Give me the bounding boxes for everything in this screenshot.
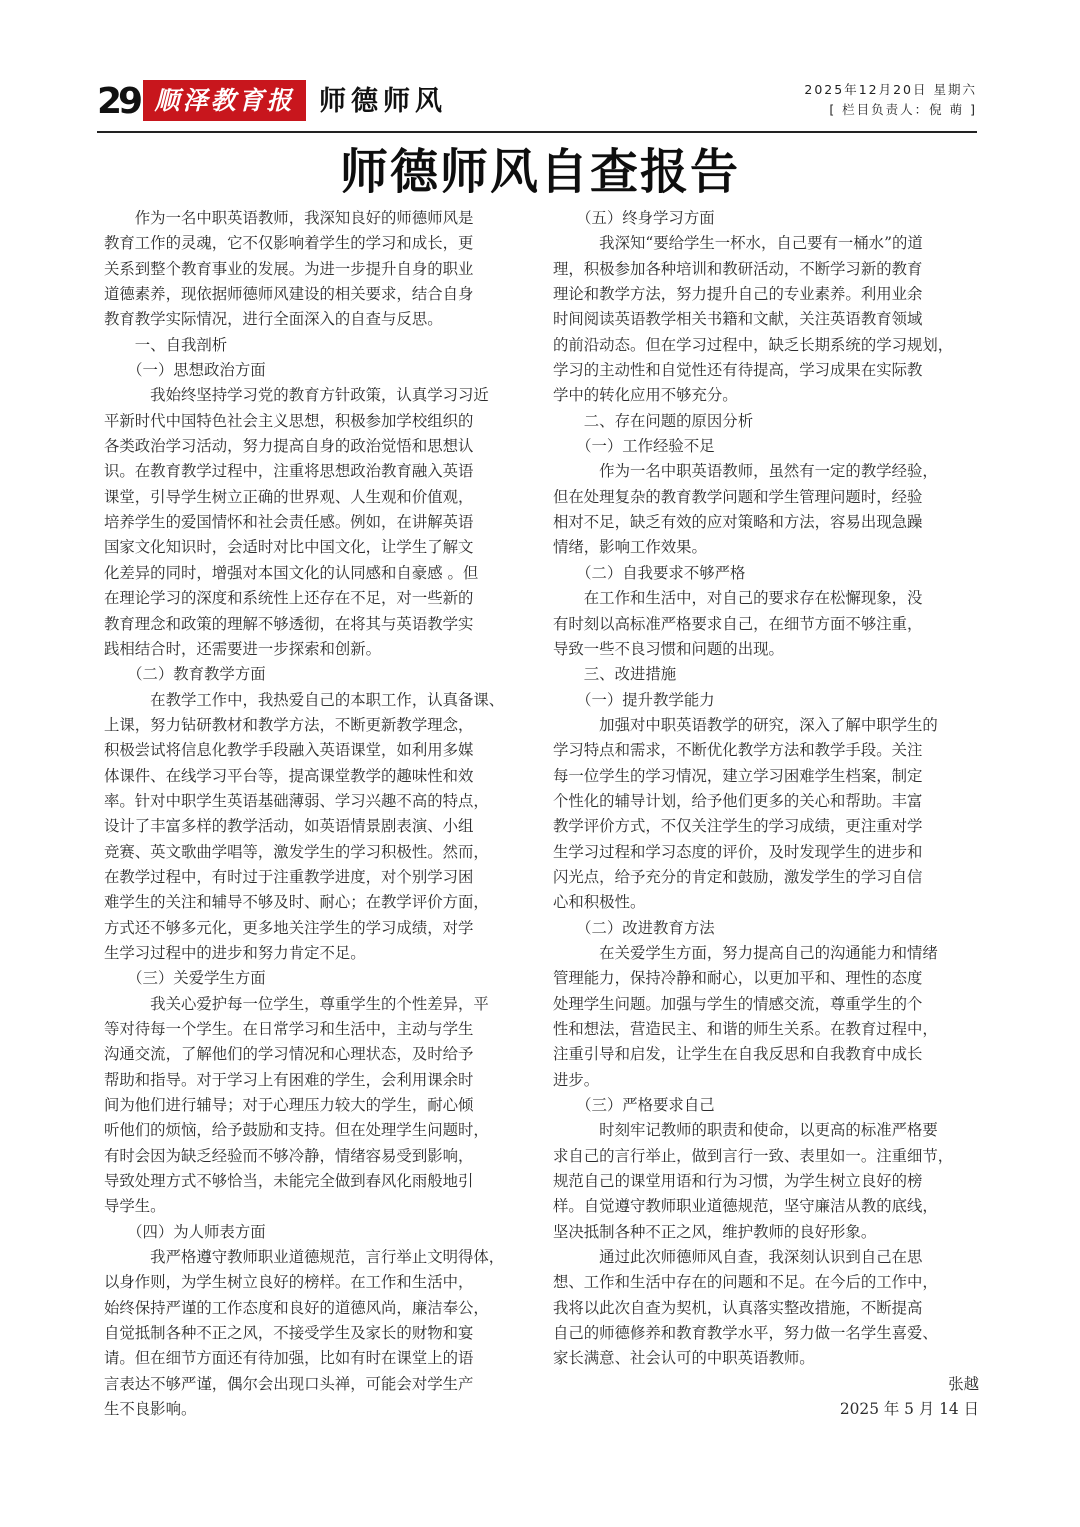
article-line: 各类政治学习活动，努力提高自身的政治觉悟和思想认 [104,434,544,459]
article-line: 道德素养，现依据师德师风建设的相关要求，结合自身 [104,282,544,307]
article-line: 学中的转化应用不够充分。 [553,383,993,408]
article-line: 导学生。 [104,1194,544,1219]
article-line: 我关心爱护每一位学生，尊重学生的个性差异，平 [104,992,544,1017]
article-line: （四）为人师表方面 [104,1220,544,1245]
article-line: （五）终身学习方面 [553,206,993,231]
article-line: 每一位学生的学习情况，建立学习困难学生档案，制定 [553,764,993,789]
page-number: 29 [97,82,139,122]
article-line: 作为一名中职英语教师，虽然有一定的教学经验， [553,459,993,484]
article-line: 听他们的烦恼，给予鼓励和支持。但在处理学生问题时， [104,1118,544,1143]
article-line: 家长满意、社会认可的中职英语教师。 [553,1346,993,1371]
article-line: 教育理念和政策的理解不够透彻，在将其与英语教学实 [104,612,544,637]
article-line: 注重引导和启发，让学生在自我反思和自我教育中成长 [553,1042,993,1067]
article-line: 样。自觉遵守教师职业道德规范，坚守廉洁从教的底线， [553,1194,993,1219]
article-line: （一）工作经验不足 [553,434,993,459]
article-line: 管理能力，保持冷静和耐心，以更加平和、理性的态度 [553,966,993,991]
article-line: （二）自我要求不够严格 [553,561,993,586]
article-line: 性和想法，营造民主、和谐的师生关系。在教育过程中， [553,1017,993,1042]
article-line: 以身作则，为学生树立良好的榜样。在工作和生活中， [104,1270,544,1295]
article-line: 求自己的言行举止，做到言行一致、表里如一。注重细节， [553,1144,993,1169]
article-line: （一）提升教学能力 [553,688,993,713]
article-line: 进步。 [553,1068,993,1093]
article-column-right: （五）终身学习方面 我深知“要给学生一杯水，自己要有一桶水”的道理，积极参加各种… [553,206,993,1423]
column-editor: [ 栏目负责人：倪 萌 ] [804,100,977,120]
article-line: 间为他们进行辅导；对于心理压力较大的学生，耐心倾 [104,1093,544,1118]
article-line: 时间阅读英语教学相关书籍和文献，关注英语教育领域 [553,307,993,332]
article-line: 导致一些不良习惯和问题的出现。 [553,637,993,662]
article-line: 理论和教学方法，努力提升自己的专业素养。利用业余 [553,282,993,307]
article-line: 在理论学习的深度和系统性上还存在不足，对一些新的 [104,586,544,611]
article-line: 生不良影响。 [104,1397,544,1422]
article-line: 作为一名中职英语教师，我深知良好的师德师风是 [104,206,544,231]
article-line: 自己的师德修养和教育教学水平，努力做一名学生喜爱、 [553,1321,993,1346]
article-line: 教育教学实际情况，进行全面深入的自查与反思。 [104,307,544,332]
article-line: 加强对中职英语教学的研究，深入了解中职学生的 [553,713,993,738]
masthead-bar: 29 顺泽教育报 师德师风 2025年12月20日 星期六 [ 栏目负责人：倪 … [97,80,977,130]
article-line: 竞赛、英文歌曲学唱等，激发学生的学习积极性。然而， [104,840,544,865]
article-line: 关系到整个教育事业的发展。为进一步提升自身的职业 [104,257,544,282]
article-line: 生学习过程和学习态度的评价，及时发现学生的进步和 [553,840,993,865]
article-line: 帮助和指导。对于学习上有困难的学生，会利用课余时 [104,1068,544,1093]
article-line: 在教学工作中，我热爱自己的本职工作，认真备课、 [104,688,544,713]
header-divider [97,131,977,133]
article-line: 教育工作的灵魂，它不仅影响着学生的学习和成长，更 [104,231,544,256]
article-line: 请。但在细节方面还有待加强，比如有时在课堂上的语 [104,1346,544,1371]
article-line: 我始终坚持学习党的教育方针政策，认真学习习近 [104,383,544,408]
article-line: 始终保持严谨的工作态度和良好的道德风尚，廉洁奉公， [104,1296,544,1321]
article-line: 相对不足，缺乏有效的应对策略和方法，容易出现急躁 [553,510,993,535]
article-column-left: 作为一名中职英语教师，我深知良好的师德师风是教育工作的灵魂，它不仅影响着学生的学… [104,206,544,1423]
article-line: 导致处理方式不够恰当，未能完全做到春风化雨般地引 [104,1169,544,1194]
article-line: 设计了丰富多样的教学活动，如英语情景剧表演、小组 [104,814,544,839]
issue-date: 2025年12月20日 星期六 [804,80,977,100]
article-line: 难学生的关注和辅导不够及时、耐心；在教学评价方面， [104,890,544,915]
article-line: 生学习过程中的进步和努力肯定不足。 [104,941,544,966]
article-line: 方式还不够多元化，更多地关注学生的学习成绩，对学 [104,916,544,941]
article-line: 的前沿动态。但在学习过程中，缺乏长期系统的学习规划， [553,333,993,358]
article-line: 个性化的辅导计划，给予他们更多的关心和帮助。丰富 [553,789,993,814]
article-line: 培养学生的爱国情怀和社会责任感。例如，在讲解英语 [104,510,544,535]
article-line: 时刻牢记教师的职责和使命，以更高的标准严格要 [553,1118,993,1143]
article-line: 体课件、在线学习平台等，提高课堂教学的趣味性和效 [104,764,544,789]
article-line: 化差异的同时，增强对本国文化的认同感和自豪感 。但 [104,561,544,586]
section-name: 师德师风 [319,82,447,122]
article-line: 教学评价方式，不仅关注学生的学习成绩，更注重对学 [553,814,993,839]
article-line: 我严格遵守教师职业道德规范，言行举止文明得体， [104,1245,544,1270]
article-line: 有时刻以高标准严格要求自己，在细节方面不够注重， [553,612,993,637]
article-line: 践相结合时，还需要进一步探索和创新。 [104,637,544,662]
article-line: 但在处理复杂的教育教学问题和学生管理问题时，经验 [553,485,993,510]
article-line: （一）思想政治方面 [104,358,544,383]
article-line: 率。针对中职学生英语基础薄弱、学习兴趣不高的特点， [104,789,544,814]
article-line: 我深知“要给学生一杯水，自己要有一桶水”的道 [553,231,993,256]
article-line: 闪光点，给予充分的肯定和鼓励，激发学生的学习自信 [553,865,993,890]
dateline: 2025年12月20日 星期六 [ 栏目负责人：倪 萌 ] [804,80,977,120]
article-line: （三）严格要求自己 [553,1093,993,1118]
article-line: 在工作和生活中，对自己的要求存在松懈现象，没 [553,586,993,611]
article-line: 学习的主动性和自觉性还有待提高，学习成果在实际教 [553,358,993,383]
article-line: 识。在教育教学过程中，注重将思想政治教育融入英语 [104,459,544,484]
article-line: 心和积极性。 [553,890,993,915]
article-line: 平新时代中国特色社会主义思想，积极参加学校组织的 [104,409,544,434]
article-line: （二）改进教育方法 [553,916,993,941]
article-line: 自觉抵制各种不正之风，不接受学生及家长的财物和宴 [104,1321,544,1346]
article-line: 沟通交流，了解他们的学习情况和心理状态，及时给予 [104,1042,544,1067]
article-line: 等对待每一个学生。在日常学习和生活中，主动与学生 [104,1017,544,1042]
article-line: 坚决抵制各种不正之风，维护教师的良好形象。 [553,1220,993,1245]
article-line: 言表达不够严谨，偶尔会出现口头禅，可能会对学生产 [104,1372,544,1397]
article-line: （三）关爱学生方面 [104,966,544,991]
article-line: 二、存在问题的原因分析 [553,409,993,434]
signed-date: 2025 年 5 月 14 日 [553,1397,993,1422]
article-line: 课堂，引导学生树立正确的世界观、人生观和价值观， [104,485,544,510]
article-line: 理，积极参加各种培训和教研活动，不断学习新的教育 [553,257,993,282]
article-line: 处理学生问题。加强与学生的情感交流，尊重学生的个 [553,992,993,1017]
article-line: 学习特点和需求，不断优化教学方法和教学手段。关注 [553,738,993,763]
article-line: 有时会因为缺乏经验而不够冷静，情绪容易受到影响， [104,1144,544,1169]
article-line: 在教学过程中，有时过于注重教学进度，对个别学习困 [104,865,544,890]
article-line: 通过此次师德师风自查，我深刻认识到自己在思 [553,1245,993,1270]
article-line: 我将以此次自查为契机，认真落实整改措施，不断提高 [553,1296,993,1321]
article-line: 国家文化知识时，会适时对比中国文化，让学生了解文 [104,535,544,560]
author-name: 张越 [553,1372,993,1397]
article-title: 师德师风自查报告 [0,142,1080,202]
newspaper-logo: 顺泽教育报 [143,80,306,121]
article-line: （二）教育教学方面 [104,662,544,687]
article-line: 规范自己的课堂用语和行为习惯，为学生树立良好的榜 [553,1169,993,1194]
article-line: 上课，努力钻研教材和教学方法，不断更新教学理念， [104,713,544,738]
article-line: 想、工作和生活中存在的问题和不足。在今后的工作中， [553,1270,993,1295]
article-line: 三、改进措施 [553,662,993,687]
article-line: 一、自我剖析 [104,333,544,358]
article-line: 积极尝试将信息化教学手段融入英语课堂，如利用多媒 [104,738,544,763]
article-line: 情绪，影响工作效果。 [553,535,993,560]
article-line: 在关爱学生方面，努力提高自己的沟通能力和情绪 [553,941,993,966]
